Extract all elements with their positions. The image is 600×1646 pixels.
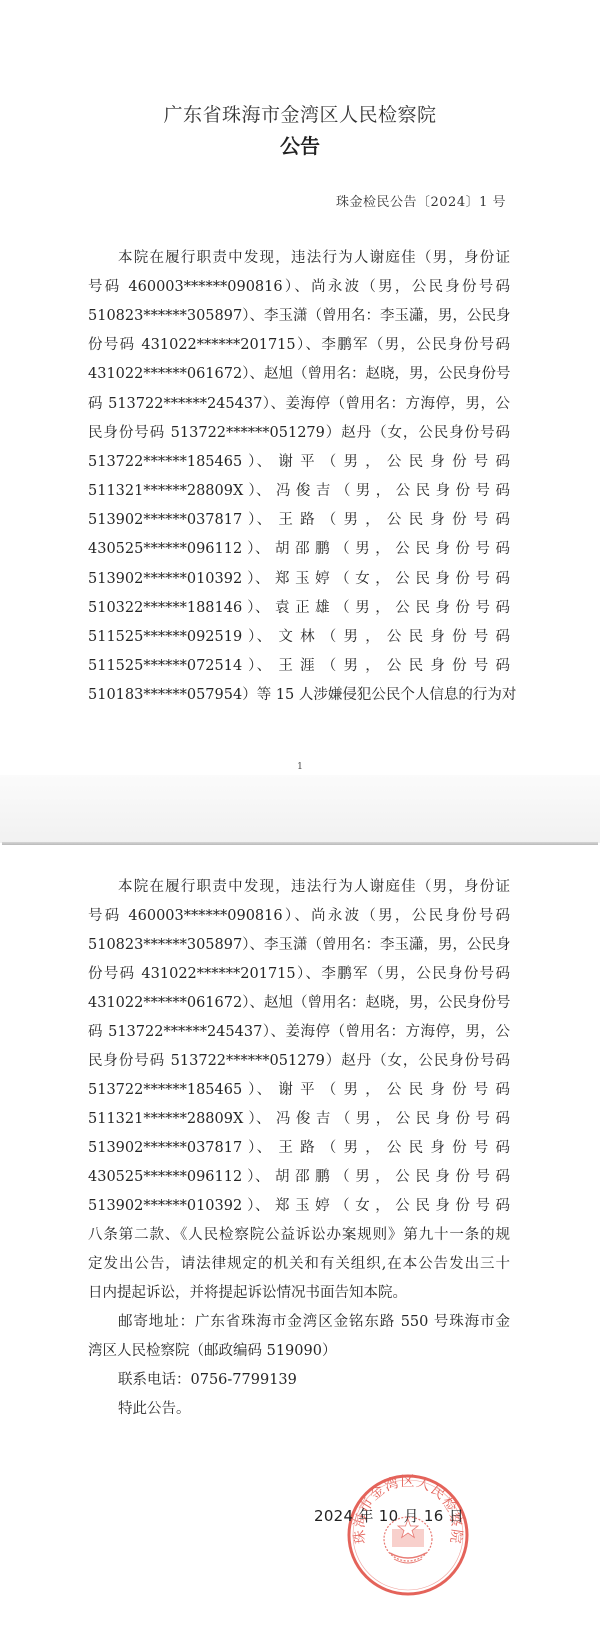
body-line: 民身份号码 513722******051279）赵丹（女，公民身份号码 xyxy=(88,1050,510,1072)
closing-statement: 特此公告。 xyxy=(118,1398,510,1420)
body-line: 民身份号码 513722******051279）赵丹（女，公民身份号码 xyxy=(88,422,510,444)
body-line: 本院在履行职责中发现，违法行为人谢庭佳（男，身份证 xyxy=(118,247,510,269)
body-line: 511321******28809X ）、 冯 俊 吉 （ 男 ， 公 民 身 … xyxy=(88,1108,510,1130)
national-emblem-seal-icon: 珠海市金湾区人民检察院 xyxy=(346,1473,470,1597)
body-line: 431022******061672）、赵旭（曾用名：赵晓，男，公民身份号 xyxy=(88,363,510,385)
page-divider xyxy=(2,842,598,845)
body-line: 511321******28809X ）、 冯 俊 吉 （ 男 ， 公 民 身 … xyxy=(88,480,510,502)
body-line: 八条第二款、《人民检察院公益诉讼办案规则》第九十一条的规 xyxy=(88,1224,510,1246)
body-line: 份号码 431022******201715）、李鹏军（男，公民身份号码 xyxy=(88,963,510,985)
body-line: 510322******188146 ）、 袁 正 雄 （ 男 ， 公 民 身 … xyxy=(88,597,510,619)
body-line: 码 513722******245437）、姜海停（曾用名：方海停，男，公 xyxy=(88,1021,510,1043)
body-line: 513902******010392 ）、 郑 玉 婷 （ 女 ， 公 民 身 … xyxy=(88,1195,510,1217)
document-number: 珠金检民公告〔2024〕1 号 xyxy=(336,191,506,210)
body-line: 日内提起诉讼，并将提起诉讼情况书面告知本院。 xyxy=(88,1282,510,1304)
body-line: 定发出公告，请法律规定的机关和有关组织,在本公告发出三十 xyxy=(88,1253,510,1275)
contact-phone: 联系电话：0756-7799139 xyxy=(118,1369,510,1391)
document-title: 公告 xyxy=(0,130,600,159)
body-line: 430525******096112 ）、 胡 邵 鹏 （ 男 ， 公 民 身 … xyxy=(88,538,510,560)
body-line: 510823******305897）、李玉潇（曾用名：李玉瀟，男，公民身 xyxy=(88,305,510,327)
issue-date: 2024 年 10 月 16 日 xyxy=(314,1505,464,1526)
body-line: 号码 460003******090816）、尚永波（男，公民身份号码 xyxy=(88,276,510,298)
body-line: 本院在履行职责中发现，违法行为人谢庭佳（男，身份证 xyxy=(118,876,510,898)
body-line: 430525******096112 ）、 胡 邵 鹏 （ 男 ， 公 民 身 … xyxy=(88,1166,510,1188)
body-line: 513722******185465 ）、 谢 平 （ 男 ， 公 民 身 份 … xyxy=(88,1079,510,1101)
body-line: 511525******072514 ）、 王 涯 （ 男 ， 公 民 身 份 … xyxy=(88,655,510,677)
body-line: 510823******305897）、李玉潇（曾用名：李玉瀟，男，公民身 xyxy=(88,934,510,956)
body-line: 号码 460003******090816）、尚永波（男，公民身份号码 xyxy=(88,905,510,927)
body-line: 431022******061672）、赵旭（曾用名：赵晓，男，公民身份号 xyxy=(88,992,510,1014)
body-line: 码 513722******245437）、姜海停（曾用名：方海停，男，公 xyxy=(88,393,510,415)
document-page-1: 广东省珠海市金湾区人民检察院 公告 珠金检民公告〔2024〕1 号 本院在履行职… xyxy=(0,0,600,843)
body-line: 513902******010392 ）、 郑 玉 婷 （ 女 ， 公 民 身 … xyxy=(88,568,510,590)
body-line: 513902******037817 ）、 王 路 （ 男 ， 公 民 身 份 … xyxy=(88,1137,510,1159)
body-line: 511525******092519 ）、 文 林 （ 男 ， 公 民 身 份 … xyxy=(88,626,510,648)
mailing-address-line-1: 邮寄地址：广东省珠海市金湾区金铭东路 550 号珠海市金 xyxy=(118,1311,510,1333)
body-line: 513722******185465 ）、 谢 平 （ 男 ， 公 民 身 份 … xyxy=(88,451,510,473)
body-line: 510183******057954）等 15 人涉嫌侵犯公民个人信息的行为对 xyxy=(88,684,510,706)
body-line: 513902******037817 ）、 王 路 （ 男 ， 公 民 身 份 … xyxy=(88,509,510,531)
body-line: 份号码 431022******201715）、李鹏军（男，公民身份号码 xyxy=(88,334,510,356)
page-number: 1 xyxy=(0,762,600,772)
organization-name: 广东省珠海市金湾区人民检察院 xyxy=(0,100,600,127)
mailing-address-line-2: 湾区人民检察院（邮政编码 519090） xyxy=(88,1340,510,1362)
page-footer-shade xyxy=(0,775,600,843)
